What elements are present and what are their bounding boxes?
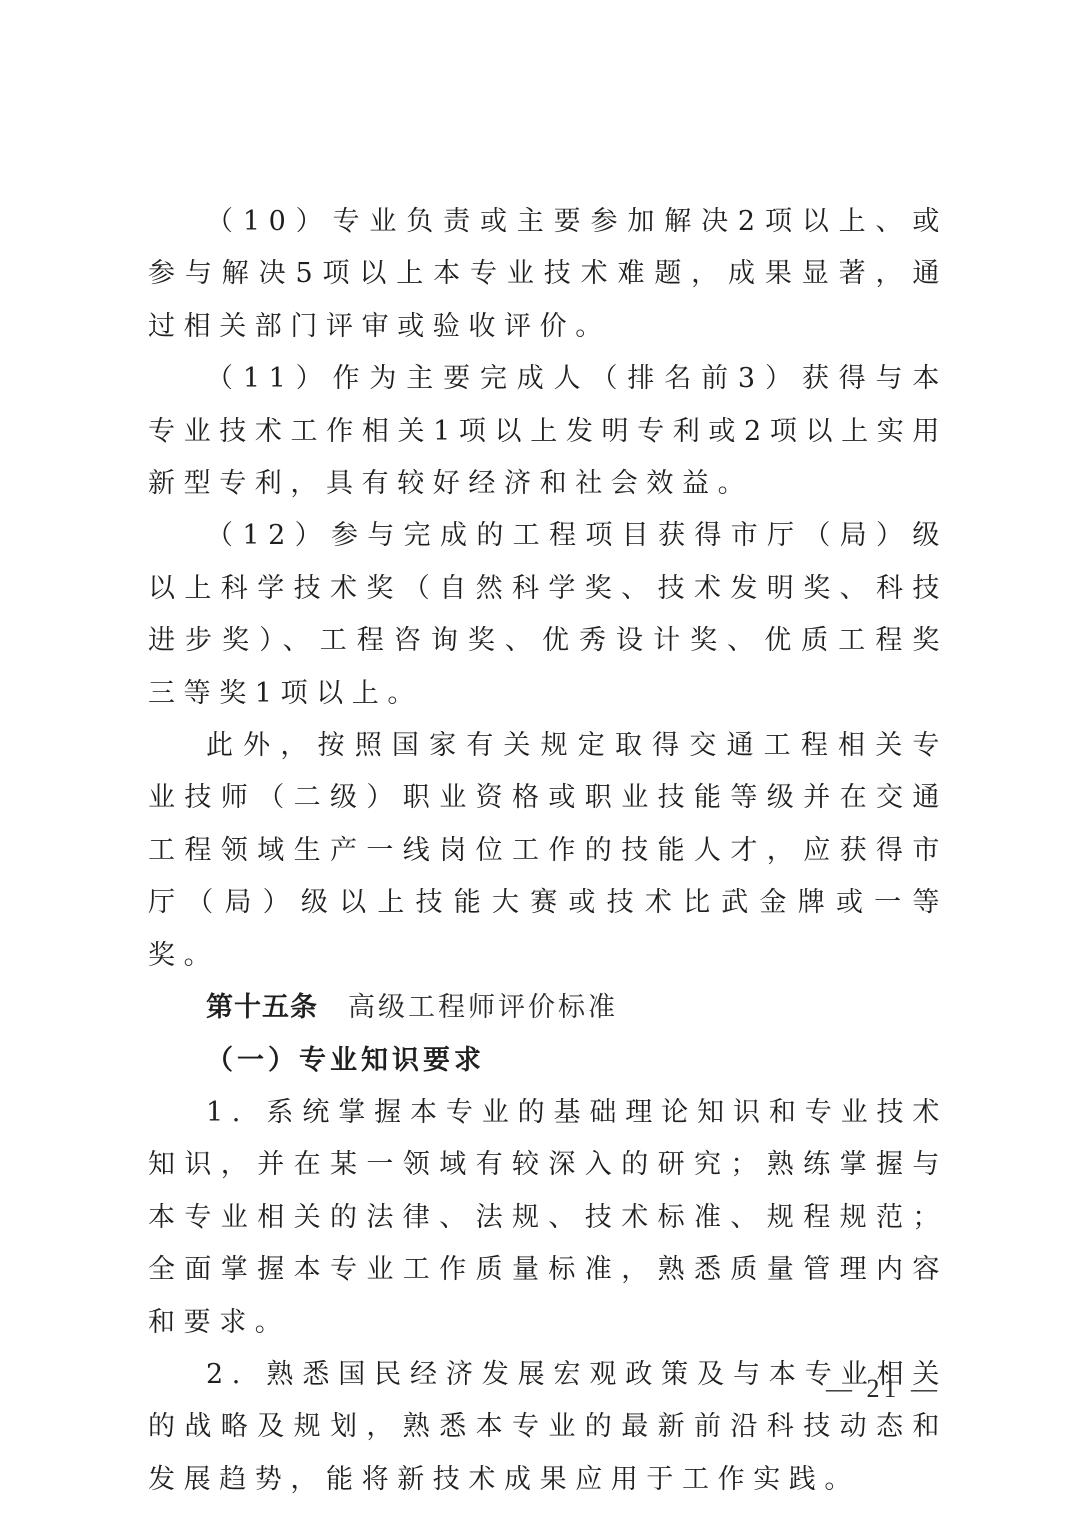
paragraph-supplement: 此外，按照国家有关规定取得交通工程相关专业技师（二级）职业资格或职业技能等级并在… [148,720,948,982]
paragraph-item-10: （10）专业负责或主要参加解决2项以上、或参与解决5项以上本专业技术难题，成果显… [148,196,948,353]
page-number: — 21 — [826,1374,941,1404]
section-heading: （一）专业知识要求 [148,1035,948,1087]
document-page: （10）专业负责或主要参加解决2项以上、或参与解决5项以上本专业技术难题，成果显… [148,196,948,1506]
paragraph-requirement-1: 1. 系统掌握本专业的基础理论知识和专业技术知识，并在某一领域有较深入的研究；熟… [148,1087,948,1349]
paragraph-requirement-2: 2. 熟悉国民经济发展宏观政策及与本专业相关的战略及规划，熟悉本专业的最新前沿科… [148,1349,948,1506]
article-heading: 第十五条高级工程师评价标准 [148,982,948,1034]
article-number: 第十五条 [206,992,318,1023]
paragraph-item-11: （11）作为主要完成人（排名前3）获得与本专业技术工作相关1项以上发明专利或2项… [148,353,948,510]
article-title: 高级工程师评价标准 [348,992,618,1023]
paragraph-item-12: （12）参与完成的工程项目获得市厅（局）级以上科学技术奖（自然科学奖、技术发明奖… [148,510,948,720]
